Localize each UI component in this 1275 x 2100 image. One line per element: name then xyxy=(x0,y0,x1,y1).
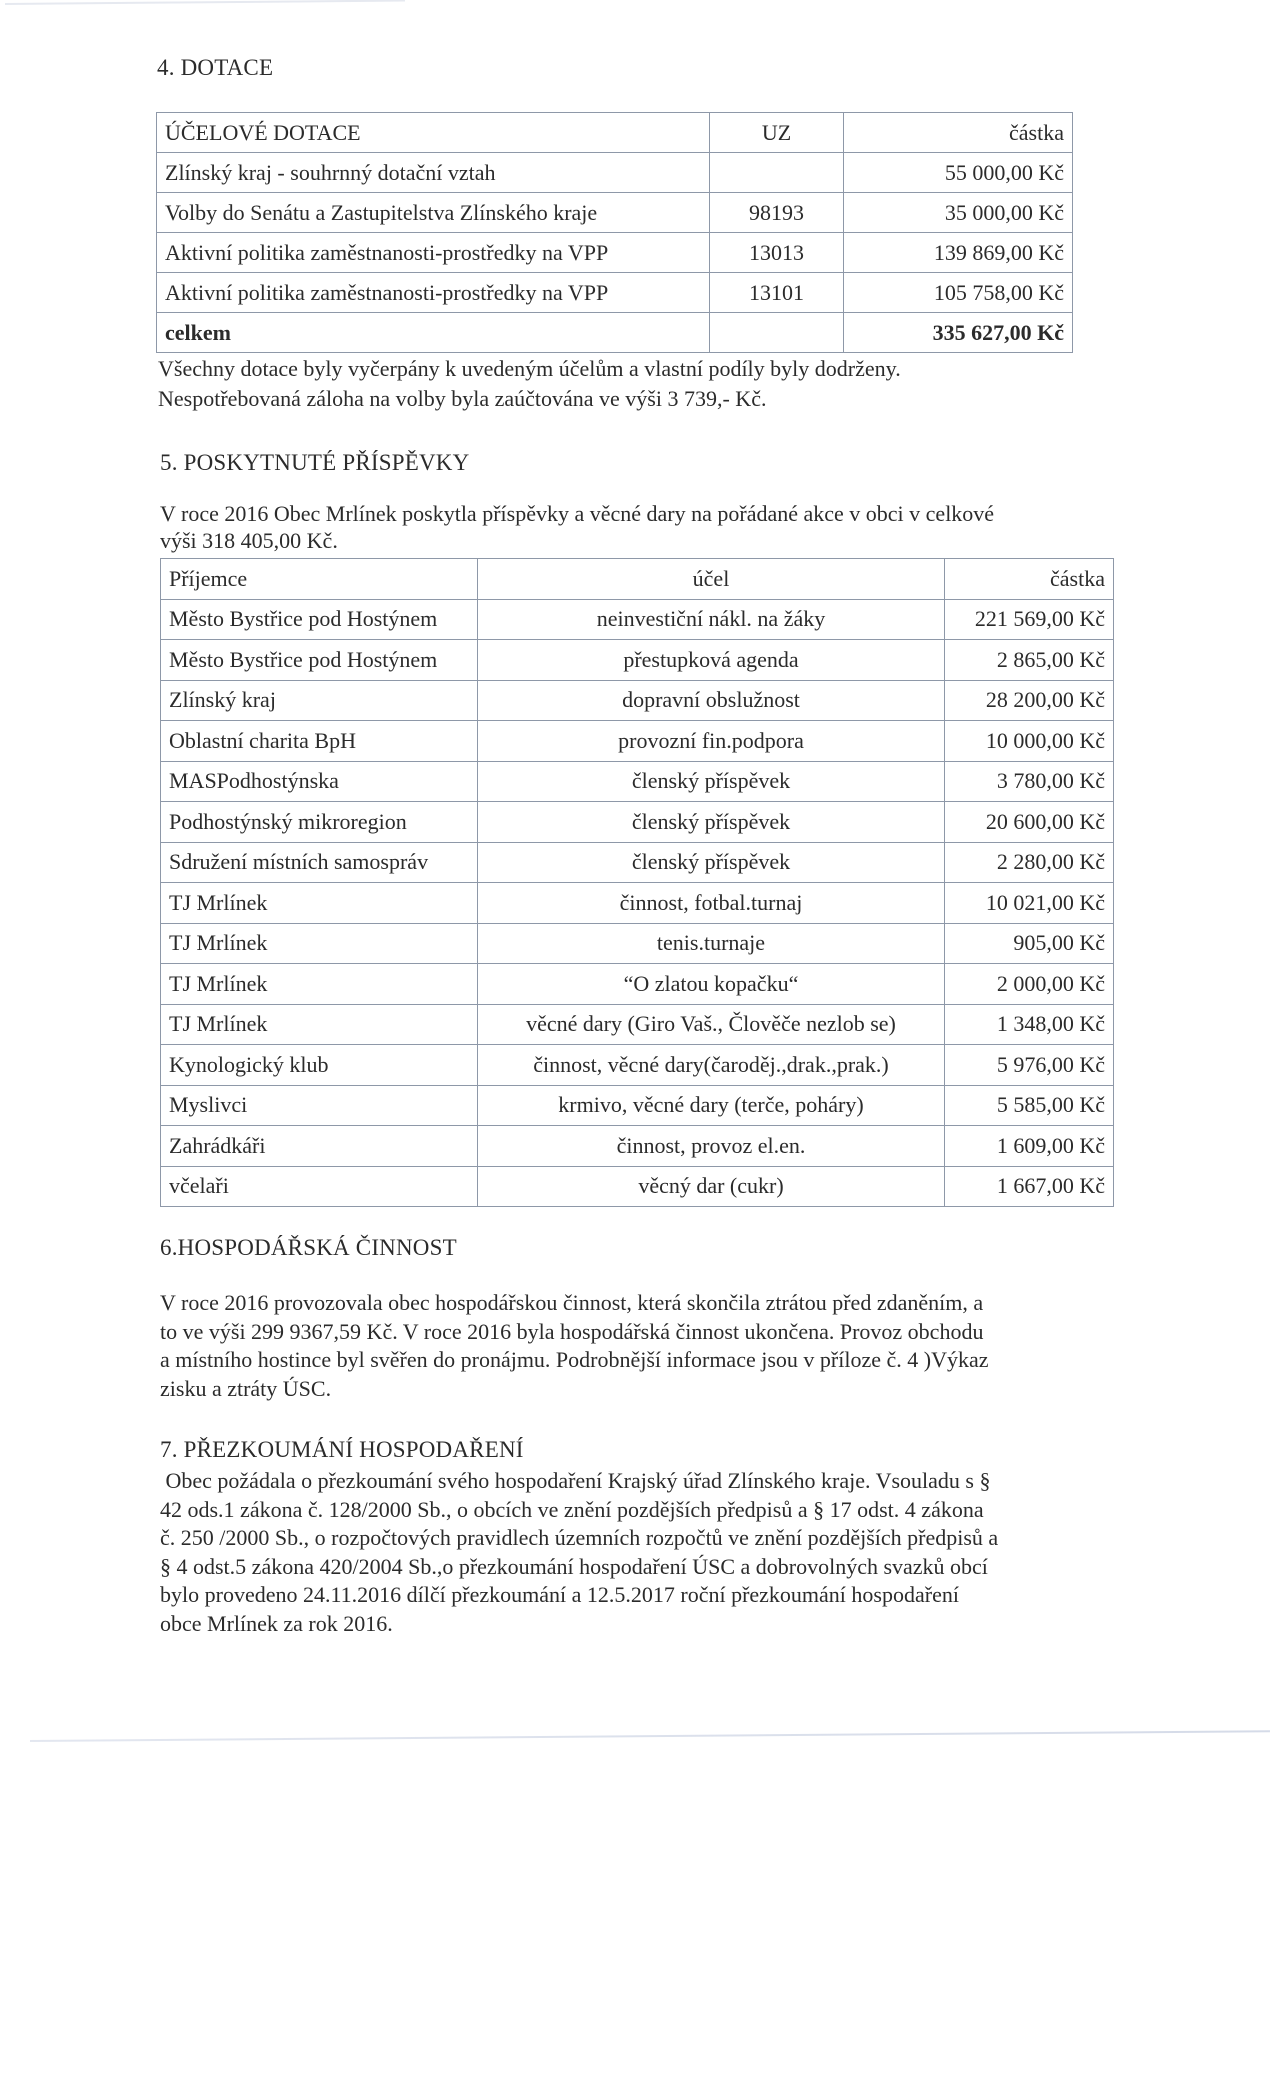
table-row: Aktivní politika zaměstnanosti-prostředk… xyxy=(157,233,1073,273)
contribution-purpose: “O zlatou kopačku“ xyxy=(478,964,945,1005)
contribution-amount: 3 780,00 Kč xyxy=(945,761,1114,802)
scan-edge-line xyxy=(5,0,405,5)
contribution-recipient: Zlínský kraj xyxy=(161,680,478,721)
section-6-heading: 6.HOSPODÁŘSKÁ ČINNOST xyxy=(160,1235,457,1261)
contribution-recipient: Město Bystřice pod Hostýnem xyxy=(161,640,478,681)
subsidy-name: Zlínský kraj - souhrnný dotační vztah xyxy=(157,153,710,193)
contribution-recipient: TJ Mrlínek xyxy=(161,964,478,1005)
subsidy-note-1: Všechny dotace byly vyčerpány k uvedeným… xyxy=(158,355,901,383)
table-row: TJ Mrlínek“O zlatou kopačku“2 000,00 Kč xyxy=(161,964,1114,1005)
contribution-amount: 2 000,00 Kč xyxy=(945,964,1114,1005)
contribution-amount: 2 865,00 Kč xyxy=(945,640,1114,681)
paragraph-line: č. 250 /2000 Sb., o rozpočtových pravidl… xyxy=(160,1524,998,1553)
table-row: TJ Mrlínektenis.turnaje905,00 Kč xyxy=(161,923,1114,964)
table-row: TJ Mrlínekčinnost, fotbal.turnaj10 021,0… xyxy=(161,883,1114,924)
subsidy-amount: 139 869,00 Kč xyxy=(844,233,1073,273)
contribution-amount: 1 609,00 Kč xyxy=(945,1126,1114,1167)
contributions-table: Příjemce účel částka Město Bystřice pod … xyxy=(160,558,1114,1207)
contribution-recipient: MASPodhostýnska xyxy=(161,761,478,802)
contribution-recipient: TJ Mrlínek xyxy=(161,883,478,924)
contribution-recipient: Podhostýnský mikroregion xyxy=(161,802,478,843)
contribution-amount: 28 200,00 Kč xyxy=(945,680,1114,721)
paragraph-line: obce Mrlínek za rok 2016. xyxy=(160,1610,998,1639)
table-row: Zlínský kraj - souhrnný dotační vztah 55… xyxy=(157,153,1073,193)
contribution-amount: 2 280,00 Kč xyxy=(945,842,1114,883)
header-recipient: Příjemce xyxy=(161,559,478,600)
paragraph-line: § 4 odst.5 zákona 420/2004 Sb.,o přezkou… xyxy=(160,1553,998,1582)
table-row: Volby do Senátu a Zastupitelstva Zlínské… xyxy=(157,193,1073,233)
section-7-heading: 7. PŘEZKOUMÁNÍ HOSPODAŘENÍ xyxy=(160,1437,524,1463)
header-amount: částka xyxy=(945,559,1114,600)
contribution-recipient: Myslivci xyxy=(161,1085,478,1126)
header-uz: UZ xyxy=(710,113,844,153)
contribution-purpose: krmivo, věcné dary (terče, poháry) xyxy=(478,1085,945,1126)
table-row: Město Bystřice pod Hostýnempřestupková a… xyxy=(161,640,1114,681)
contribution-purpose: členský příspěvek xyxy=(478,842,945,883)
contribution-amount: 5 585,00 Kč xyxy=(945,1085,1114,1126)
contribution-recipient: Kynologický klub xyxy=(161,1045,478,1086)
contributions-intro-line-2: výši 318 405,00 Kč. xyxy=(160,527,338,555)
contribution-amount: 10 021,00 Kč xyxy=(945,883,1114,924)
subsidy-uz xyxy=(710,153,844,193)
contribution-recipient: TJ Mrlínek xyxy=(161,1004,478,1045)
header-subsidy: ÚČELOVÉ DOTACE xyxy=(157,113,710,153)
targeted-subsidies-table: ÚČELOVÉ DOTACE UZ částka Zlínský kraj - … xyxy=(156,112,1073,353)
audit-paragraph: Obec požádala o přezkoumání svého hospod… xyxy=(160,1467,998,1638)
table-row: Zahrádkářičinnost, provoz el.en.1 609,00… xyxy=(161,1126,1114,1167)
paragraph-line: V roce 2016 provozovala obec hospodářsko… xyxy=(160,1289,988,1318)
total-row: celkem 335 627,00 Kč xyxy=(157,313,1073,353)
table-row: Oblastní charita BpHprovozní fin.podpora… xyxy=(161,721,1114,762)
total-uz xyxy=(710,313,844,353)
subsidy-name: Volby do Senátu a Zastupitelstva Zlínské… xyxy=(157,193,710,233)
contribution-recipient: Zahrádkáři xyxy=(161,1126,478,1167)
table-row: Podhostýnský mikroregiončlenský příspěve… xyxy=(161,802,1114,843)
table-row: MASPodhostýnskačlenský příspěvek3 780,00… xyxy=(161,761,1114,802)
contribution-purpose: dopravní obslužnost xyxy=(478,680,945,721)
paragraph-line: Obec požádala o přezkoumání svého hospod… xyxy=(160,1467,998,1496)
paragraph-line: to ve výši 299 9367,59 Kč. V roce 2016 b… xyxy=(160,1318,988,1347)
contribution-purpose: činnost, fotbal.turnaj xyxy=(478,883,945,924)
table-row: Myslivcikrmivo, věcné dary (terče, pohár… xyxy=(161,1085,1114,1126)
page-bottom-line xyxy=(30,1730,1270,1742)
contribution-purpose: přestupková agenda xyxy=(478,640,945,681)
contribution-purpose: členský příspěvek xyxy=(478,761,945,802)
paragraph-line: zisku a ztráty ÚSC. xyxy=(160,1375,988,1404)
contribution-purpose: věcné dary (Giro Vaš., Člověče nezlob se… xyxy=(478,1004,945,1045)
contribution-purpose: věcný dar (cukr) xyxy=(478,1166,945,1207)
paragraph-line: a místního hostince byl svěřen do pronáj… xyxy=(160,1346,988,1375)
contribution-purpose: tenis.turnaje xyxy=(478,923,945,964)
table-row: včelařivěcný dar (cukr)1 667,00 Kč xyxy=(161,1166,1114,1207)
subsidy-name: Aktivní politika zaměstnanosti-prostředk… xyxy=(157,273,710,313)
contribution-recipient: Oblastní charita BpH xyxy=(161,721,478,762)
subsidy-amount: 55 000,00 Kč xyxy=(844,153,1073,193)
contribution-recipient: včelaři xyxy=(161,1166,478,1207)
subsidy-amount: 35 000,00 Kč xyxy=(844,193,1073,233)
contribution-amount: 221 569,00 Kč xyxy=(945,599,1114,640)
table-header-row: Příjemce účel částka xyxy=(161,559,1114,600)
contribution-amount: 1 667,00 Kč xyxy=(945,1166,1114,1207)
table-row: Kynologický klubčinnost, věcné dary(čaro… xyxy=(161,1045,1114,1086)
subsidy-name: Aktivní politika zaměstnanosti-prostředk… xyxy=(157,233,710,273)
section-4-heading: 4. DOTACE xyxy=(157,55,273,81)
paragraph-line: bylo provedeno 24.11.2016 dílčí přezkoum… xyxy=(160,1581,998,1610)
header-purpose: účel xyxy=(478,559,945,600)
table-row: Zlínský krajdopravní obslužnost28 200,00… xyxy=(161,680,1114,721)
contribution-recipient: TJ Mrlínek xyxy=(161,923,478,964)
contribution-purpose: provozní fin.podpora xyxy=(478,721,945,762)
paragraph-line: 42 ods.1 zákona č. 128/2000 Sb., o obcíc… xyxy=(160,1496,998,1525)
total-label: celkem xyxy=(157,313,710,353)
contribution-purpose: členský příspěvek xyxy=(478,802,945,843)
table-row: Město Bystřice pod Hostýnemneinvestiční … xyxy=(161,599,1114,640)
subsidy-uz: 13013 xyxy=(710,233,844,273)
table-header-row: ÚČELOVÉ DOTACE UZ částka xyxy=(157,113,1073,153)
contribution-amount: 5 976,00 Kč xyxy=(945,1045,1114,1086)
subsidy-amount: 105 758,00 Kč xyxy=(844,273,1073,313)
table-row: TJ Mrlínekvěcné dary (Giro Vaš., Člověče… xyxy=(161,1004,1114,1045)
contribution-purpose: neinvestiční nákl. na žáky xyxy=(478,599,945,640)
contribution-amount: 1 348,00 Kč xyxy=(945,1004,1114,1045)
contribution-amount: 905,00 Kč xyxy=(945,923,1114,964)
contributions-intro-line-1: V roce 2016 Obec Mrlínek poskytla příspě… xyxy=(160,500,994,528)
contribution-recipient: Sdružení místních samospráv xyxy=(161,842,478,883)
contribution-amount: 20 600,00 Kč xyxy=(945,802,1114,843)
economic-activity-paragraph: V roce 2016 provozovala obec hospodářsko… xyxy=(160,1289,988,1403)
subsidy-uz: 13101 xyxy=(710,273,844,313)
table-row: Sdružení místních samosprávčlenský přísp… xyxy=(161,842,1114,883)
section-5-heading: 5. POSKYTNUTÉ PŘÍSPĚVKY xyxy=(160,450,469,476)
contribution-amount: 10 000,00 Kč xyxy=(945,721,1114,762)
contribution-recipient: Město Bystřice pod Hostýnem xyxy=(161,599,478,640)
total-amount: 335 627,00 Kč xyxy=(844,313,1073,353)
contribution-purpose: činnost, provoz el.en. xyxy=(478,1126,945,1167)
header-amount: částka xyxy=(844,113,1073,153)
subsidy-note-2: Nespotřebovaná záloha na volby byla zaúč… xyxy=(158,385,766,413)
contribution-purpose: činnost, věcné dary(čaroděj.,drak.,prak.… xyxy=(478,1045,945,1086)
table-row: Aktivní politika zaměstnanosti-prostředk… xyxy=(157,273,1073,313)
subsidy-uz: 98193 xyxy=(710,193,844,233)
